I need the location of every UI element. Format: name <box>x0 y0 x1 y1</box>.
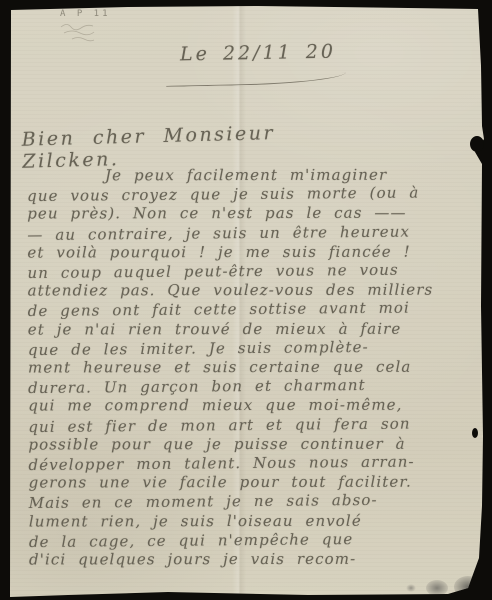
body-line: qui est fier de mon art et qui fera son <box>28 414 478 437</box>
letter-paper: A P 11 Le 22/11 20 Bien cher Monsieur Zi… <box>8 6 484 597</box>
body-line: Mais en ce moment je ne sais abso- <box>29 490 479 513</box>
paper-edge-tear <box>472 428 478 438</box>
photo-backdrop: A P 11 Le 22/11 20 Bien cher Monsieur Zi… <box>0 0 492 600</box>
paper-edge-tear <box>470 136 484 152</box>
body-line: de la cage, ce qui n'empêche que <box>29 529 479 552</box>
body-line: que de les imiter. Je suis complète- <box>28 337 478 360</box>
ink-smudge <box>454 576 482 597</box>
letter-body: Je peux facilement m'imaginer que vous c… <box>27 165 479 571</box>
body-line: qui me comprend mieux que moi-même, <box>28 396 478 416</box>
body-line: et je n'ai rien trouvé de mieux à faire <box>28 319 478 339</box>
letter-date: Le 22/11 20 <box>158 40 358 65</box>
body-line: lument rien, je suis l'oiseau envolé <box>29 511 479 531</box>
body-line: de gens ont fait cette sottise avant moi <box>28 298 478 321</box>
pencil-scribble-icon <box>58 19 110 49</box>
ink-smudge <box>406 584 416 592</box>
date-underline-flourish <box>166 72 346 87</box>
body-line: possible pour que je puisse continuer à <box>28 434 478 454</box>
archive-mark: A P 11 <box>60 9 111 19</box>
body-line: d'ici quelques jours je vais recom- <box>29 550 479 570</box>
body-line: peu près). Non ce n'est pas le cas —— <box>27 204 477 224</box>
body-line: — au contraire, je suis un être heureux <box>27 222 477 245</box>
body-line: et voilà pourquoi ! je me suis fiancée ! <box>27 242 477 262</box>
ink-smudge <box>426 580 448 596</box>
